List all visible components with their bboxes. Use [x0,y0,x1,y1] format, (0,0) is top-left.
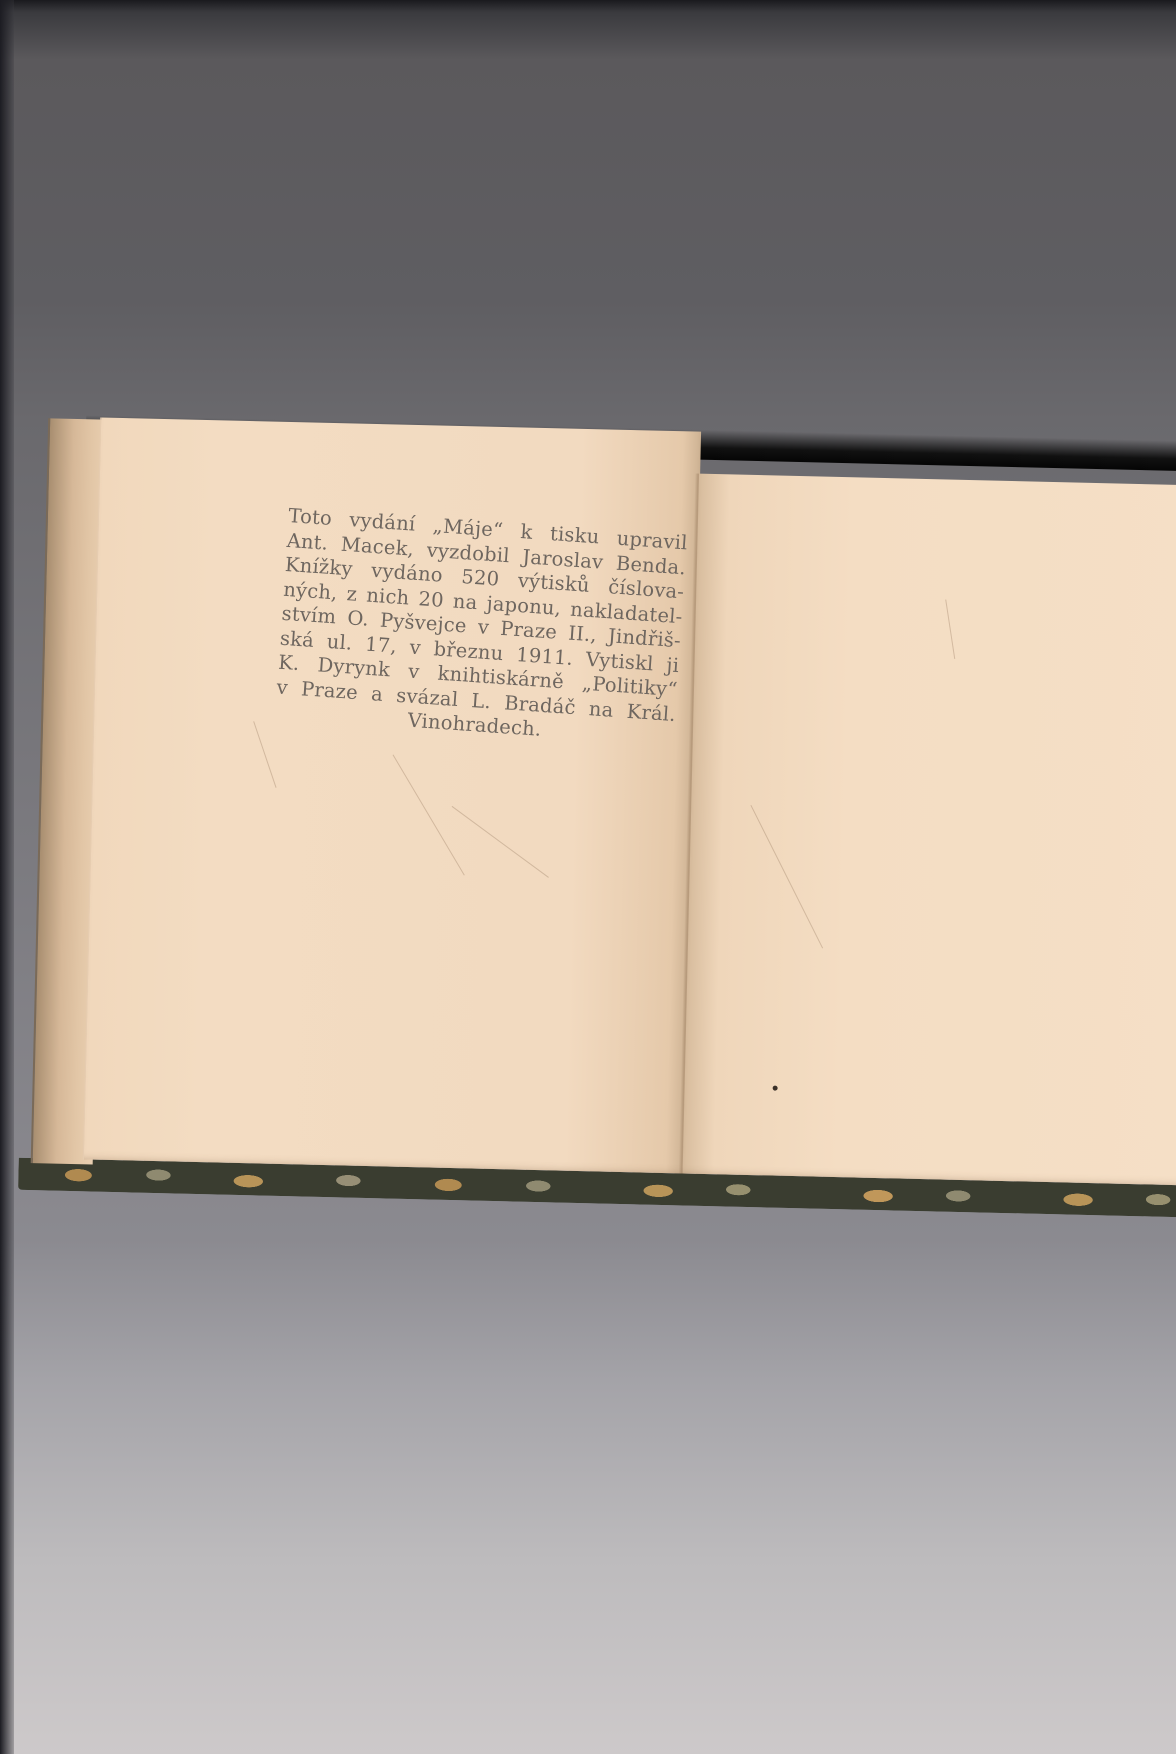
right-page-blank [683,474,1176,1186]
paper-scratch [750,805,823,948]
paper-scratch [253,721,276,788]
ink-speck [773,1086,778,1091]
left-page: Toto vydání „Máje“ k tisku upravil Ant. … [83,418,701,1174]
paper-scratch [393,755,465,876]
scanner-edge [0,0,14,1754]
open-book: Toto vydání „Máje“ k tisku upravil Ant. … [17,428,1176,1276]
paper-scratch [452,806,549,878]
paper-scratch [945,599,955,658]
colophon-text: Toto vydání „Máje“ k tisku upravil Ant. … [274,504,688,752]
